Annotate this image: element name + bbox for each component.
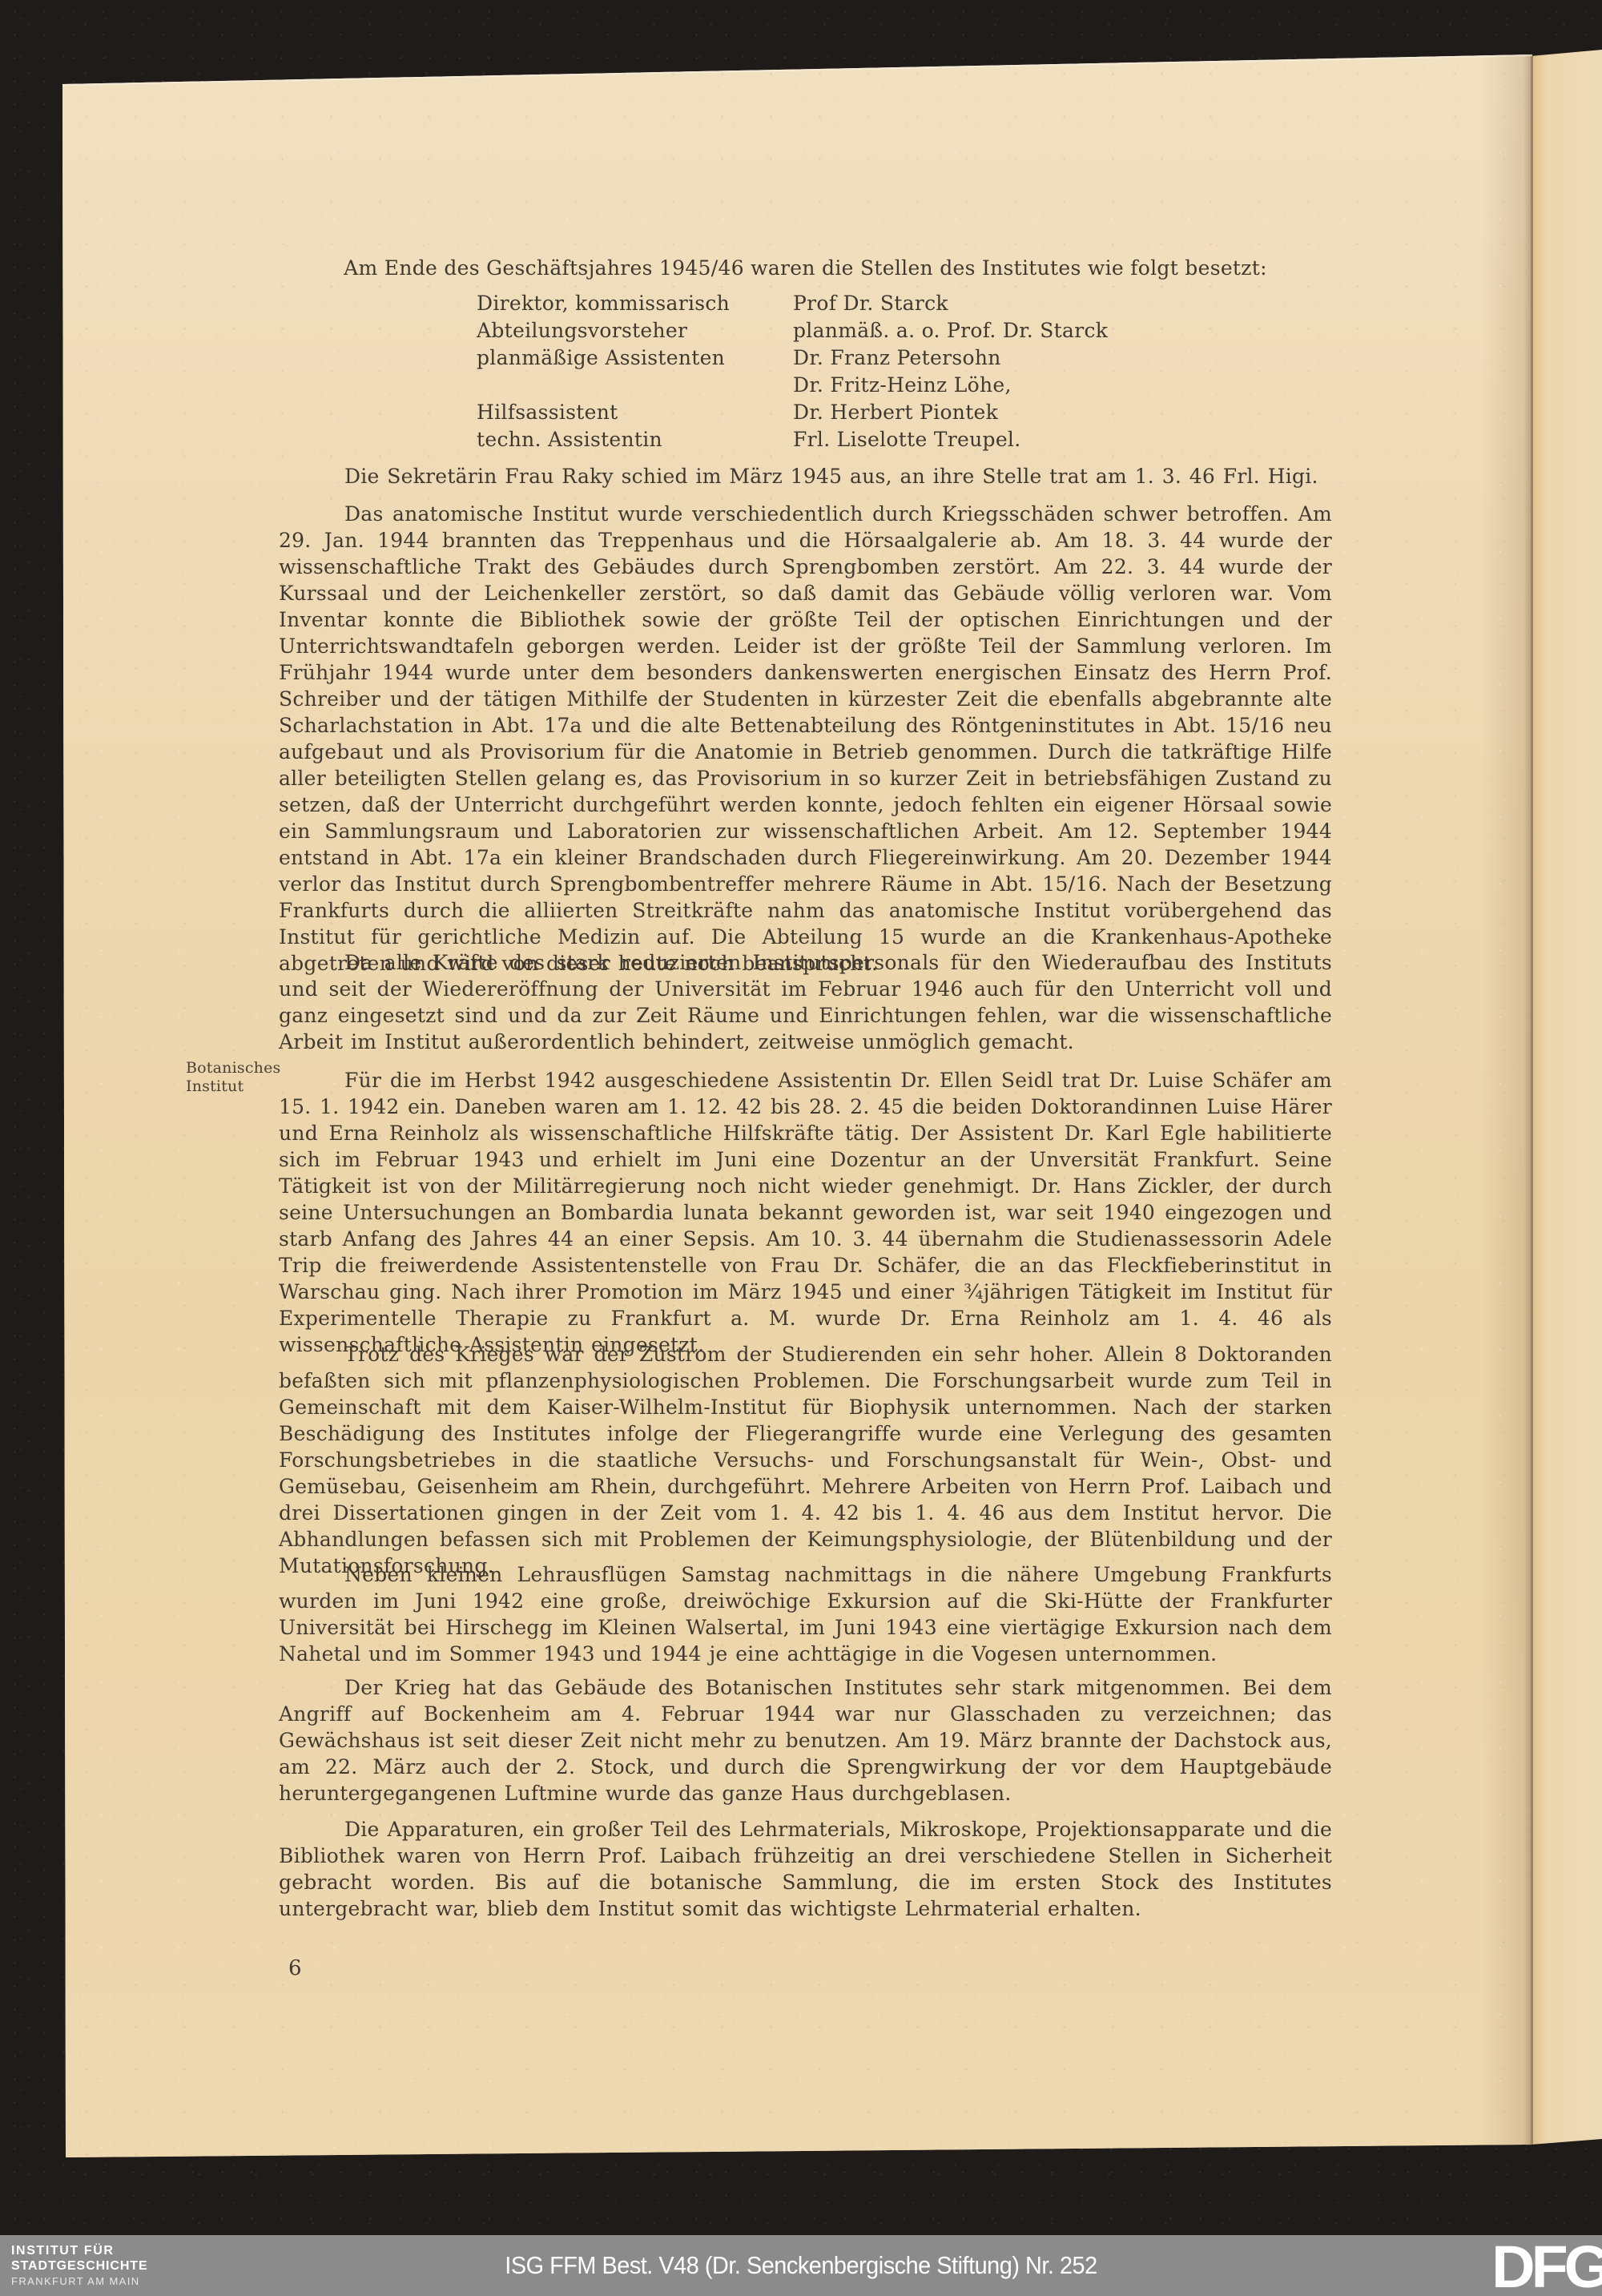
staff-person: Dr. Franz Petersohn — [793, 344, 1001, 372]
staff-row: planmäßige Assistenten Dr. Franz Peterso… — [477, 344, 1332, 372]
page-top-edge — [62, 54, 1534, 86]
staff-row: techn. Assistentin Frl. Liselotte Treupe… — [477, 426, 1332, 453]
dfg-logo: DFG — [1491, 2235, 1602, 2296]
staff-person: Prof Dr. Starck — [793, 290, 948, 317]
body-paragraph: Die Apparaturen, ein großer Teil des Leh… — [279, 1816, 1332, 1922]
page-number: 6 — [288, 1956, 302, 1980]
staff-row: Dr. Fritz-Heinz Löhe, — [477, 372, 1332, 399]
margin-note-line: Institut — [186, 1078, 290, 1096]
staff-role: Direktor, kommissarisch — [477, 290, 793, 317]
scanned-document-viewer: { "document": { "heading": "Am Ende des … — [0, 0, 1602, 2296]
staff-role: planmäßige Assistenten — [477, 344, 793, 372]
body-paragraph: Da alle Kräfte des stark reduzierten Ins… — [279, 949, 1332, 1055]
staff-role: Hilfsassistent — [477, 399, 793, 426]
staff-person: Dr. Herbert Piontek — [793, 399, 998, 426]
staff-person: Dr. Fritz-Heinz Löhe, — [793, 372, 1012, 399]
archive-footer-bar: INSTITUT FÜR STADTGESCHICHTE FRANKFURT A… — [0, 2235, 1602, 2296]
margin-note-line: Botanisches — [186, 1059, 290, 1078]
staff-person: planmäß. a. o. Prof. Dr. Starck — [793, 317, 1108, 344]
archive-reference: ISG FFM Best. V48 (Dr. Senckenbergische … — [56, 2235, 1546, 2296]
intro-line: Am Ende des Geschäftsjahres 1945/46 ware… — [279, 256, 1332, 280]
body-paragraph: Das anatomische Institut wurde verschied… — [279, 501, 1332, 977]
body-paragraph: Die Sekretärin Frau Raky schied im März … — [279, 463, 1332, 489]
staff-role — [477, 372, 793, 399]
staff-row: Abteilungsvorsteher planmäß. a. o. Prof.… — [477, 317, 1332, 344]
body-paragraph: Der Krieg hat das Gebäude des Botanische… — [279, 1674, 1332, 1807]
staff-row: Direktor, kommissarisch Prof Dr. Starck — [477, 290, 1332, 317]
margin-note: Botanisches Institut — [186, 1059, 290, 1096]
staff-role: Abteilungsvorsteher — [477, 317, 793, 344]
staff-row: Hilfsassistent Dr. Herbert Piontek — [477, 399, 1332, 426]
staff-person: Frl. Liselotte Treupel. — [793, 426, 1020, 453]
body-paragraph: Trotz des Krieges war der Zustrom der St… — [279, 1341, 1332, 1579]
body-paragraph: Für die im Herbst 1942 ausgeschiedene As… — [279, 1067, 1332, 1358]
staff-role: techn. Assistentin — [477, 426, 793, 453]
body-paragraph: Neben kleinen Lehrausflügen Samstag nach… — [279, 1561, 1332, 1667]
staff-list: Direktor, kommissarisch Prof Dr. Starck … — [279, 290, 1332, 453]
adjacent-page-edge — [1531, 50, 1602, 2145]
document-page: Am Ende des Geschäftsjahres 1945/46 ware… — [62, 53, 1532, 2157]
